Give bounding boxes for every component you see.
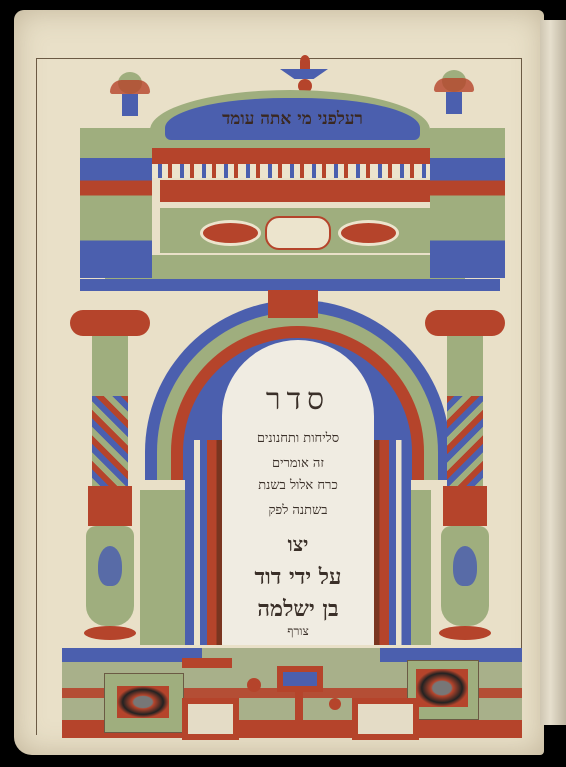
text-line-7: בן ישלמה — [222, 596, 374, 622]
text-line-4: בשתנה לפק — [222, 502, 374, 518]
frieze-ornament-band — [160, 208, 430, 253]
title-sefer: סדר — [222, 382, 374, 417]
right-twisted-shaft — [447, 396, 483, 486]
inscription-banner: רעלפני מי אתה עומד — [165, 98, 420, 140]
cornice-band — [150, 148, 432, 164]
central-floral-ornament-icon — [237, 658, 347, 738]
right-jamb — [374, 440, 411, 645]
text-line-2: זה אומרים — [222, 455, 374, 471]
text-line-8: צורף — [222, 624, 374, 639]
architrave — [105, 255, 465, 279]
right-tower — [430, 128, 505, 278]
left-eye-ornament-icon — [200, 220, 261, 246]
right-capital-icon — [425, 310, 505, 336]
left-jamb — [185, 440, 222, 645]
text-line-5: יצו — [222, 532, 374, 557]
right-eye-ornament-icon — [338, 220, 399, 246]
right-finial-icon — [432, 60, 476, 120]
left-starburst-icon — [117, 686, 169, 718]
left-base-panel — [104, 673, 184, 733]
right-vase-icon — [441, 526, 489, 626]
dentil-band — [150, 164, 432, 178]
left-column — [70, 290, 150, 645]
central-cartouche — [265, 216, 331, 250]
right-pier-panel — [411, 490, 431, 645]
keystone — [268, 290, 318, 318]
left-twisted-shaft — [92, 396, 128, 486]
left-tower — [80, 128, 152, 278]
left-finial-icon — [108, 62, 152, 122]
right-column — [425, 290, 505, 645]
left-vase-icon — [86, 526, 134, 626]
page-fold-edge — [540, 20, 566, 725]
right-starburst-icon — [416, 669, 468, 707]
left-capital-icon — [70, 310, 150, 336]
banner-inscription: רעלפני מי אתה עומד — [165, 98, 420, 140]
left-pier-panel — [140, 490, 185, 645]
text-line-6: על ידי דוד — [222, 564, 374, 590]
text-line-1: סליחות ותחנונים — [222, 430, 374, 446]
base-frieze — [62, 648, 522, 738]
text-line-3: כרח אלול בשנת — [222, 477, 374, 493]
frieze-red-band — [160, 180, 430, 202]
